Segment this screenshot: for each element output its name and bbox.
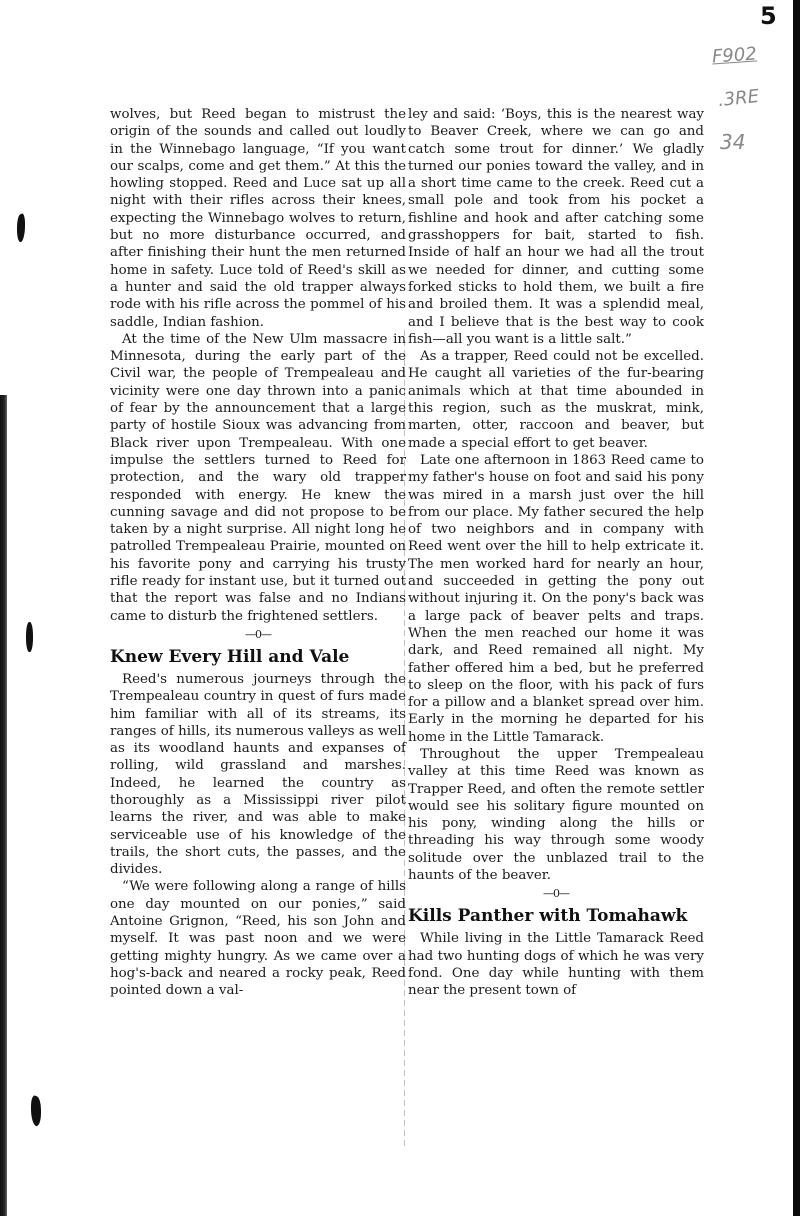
paragraph: “We were following along a range of hill… [110, 878, 406, 999]
paragraph: While living in the Little Tamarack Reed… [408, 930, 704, 999]
handwritten-call-suffix: .3RE [717, 86, 760, 111]
section-separator: —0— [110, 627, 406, 643]
paragraph: As a trapper, Reed could not be excelled… [408, 348, 704, 452]
paragraph: At the time of the New Ulm massacre in M… [110, 331, 406, 625]
right-arrow-mark-icon [31, 1094, 41, 1128]
paragraph: Throughout the upper Trempealeau valley … [408, 746, 704, 884]
section-separator: —0— [408, 886, 704, 902]
left-column: wolves, but Reed began to mistrust the o… [110, 106, 406, 1000]
scan-left-edge [0, 395, 7, 1216]
scanned-page: 5 F902 .3RE 34 wolves, but Reed began to… [0, 0, 800, 1216]
page-number: 5 [760, 2, 777, 30]
section-heading: Kills Panther with Tomahawk [408, 904, 704, 928]
handwritten-number: 34 [720, 130, 745, 154]
paragraph: ley and said: ‘Boys, this is the nearest… [408, 106, 704, 348]
paragraph: Reed's numerous journeys through the Tre… [110, 671, 406, 879]
paragraph: wolves, but Reed began to mistrust the o… [110, 106, 406, 331]
section-heading: Knew Every Hill and Vale [110, 645, 406, 669]
left-arrow-mark-icon [17, 212, 25, 244]
right-column: ley and said: ‘Boys, this is the nearest… [408, 106, 704, 1000]
handwritten-call-number: F902 [711, 43, 757, 67]
paragraph: Late one afternoon in 1863 Reed came to … [408, 452, 704, 746]
scan-right-edge [793, 0, 800, 1216]
column-mark-icon [26, 622, 33, 652]
